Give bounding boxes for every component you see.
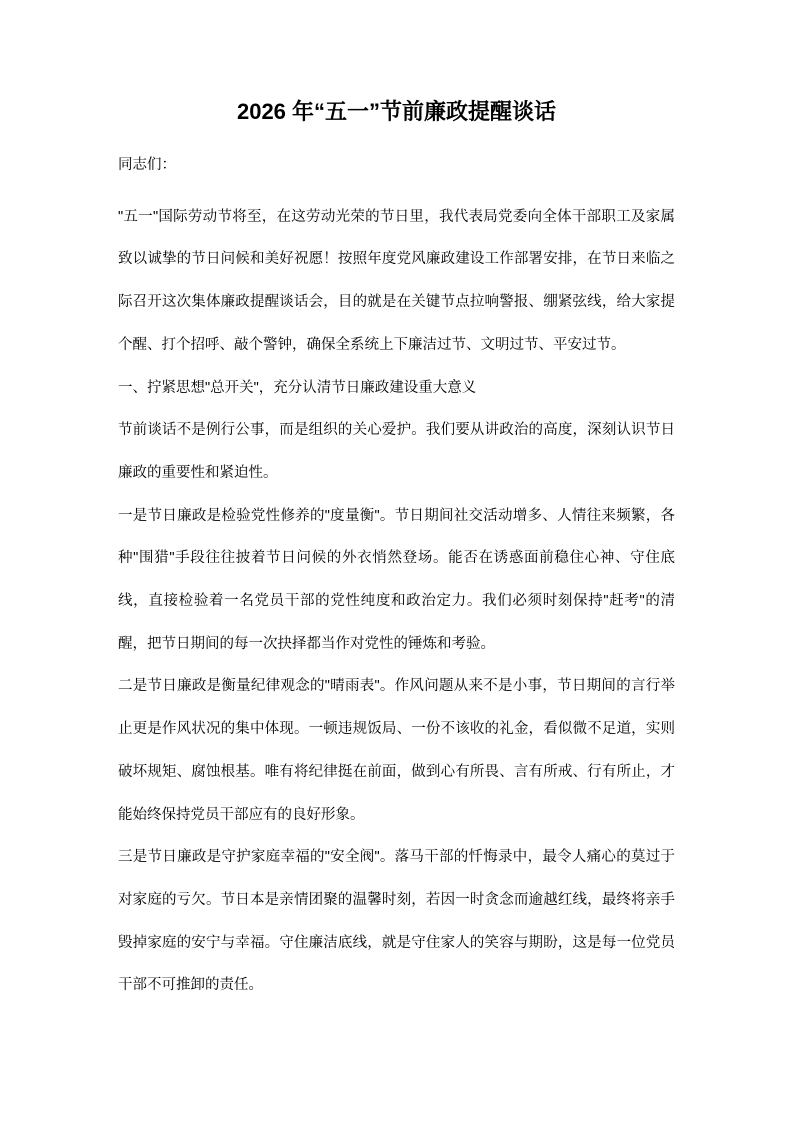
salutation: 同志们： xyxy=(118,144,675,187)
paragraph-point-3: 三是节日廉政是守护家庭幸福的"安全阀"。落马干部的忏悔录中，最令人痛心的莫过于对… xyxy=(118,836,675,1007)
document-title: 2026 年“五一”节前廉政提醒谈话 xyxy=(118,96,675,128)
section-heading-1: 一、拧紧思想"总开关"，充分认清节日廉政建设重大意义 xyxy=(118,367,675,410)
paragraph-opening: "五一"国际劳动节将至，在这劳动光荣的节日里，我代表局党委向全体干部职工及家属致… xyxy=(118,196,675,367)
document-page: 2026 年“五一”节前廉政提醒谈话 同志们： "五一"国际劳动节将至，在这劳动… xyxy=(0,0,793,1122)
paragraph-significance: 节前谈话不是例行公事，而是组织的关心爱护。我们要从讲政治的高度，深刻认识节日廉政… xyxy=(118,409,675,494)
paragraph-point-1: 一是节日廉政是检验党性修养的"度量衡"。节日期间社交活动增多、人情往来频繁，各种… xyxy=(118,495,675,666)
paragraph-point-2: 二是节日廉政是衡量纪律观念的"晴雨表"。作风问题从来不是小事，节日期间的言行举止… xyxy=(118,665,675,836)
